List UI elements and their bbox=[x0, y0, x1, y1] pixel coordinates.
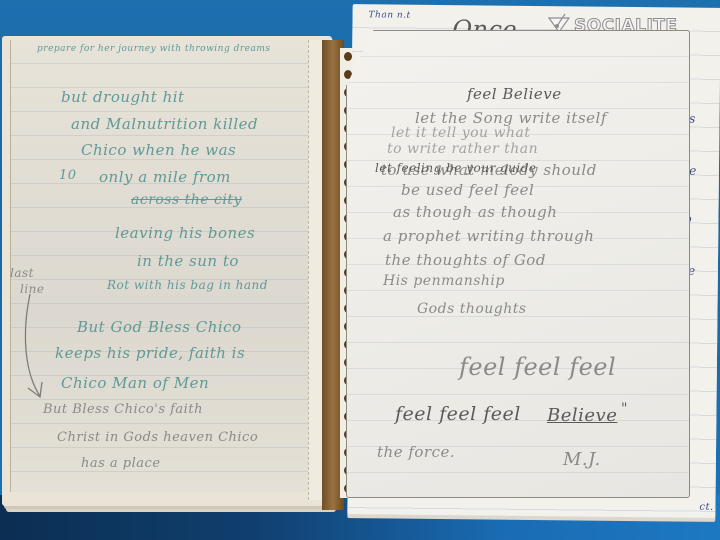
left-line: only a mile from bbox=[99, 168, 231, 186]
left-line: Chico when he was bbox=[81, 141, 236, 159]
right-lyric-page: feel Believe let the Song write itself l… bbox=[346, 30, 690, 498]
left-notebook-page: prepare for her journey with throwing dr… bbox=[10, 40, 313, 492]
feel-line: feel feel feel bbox=[395, 403, 521, 425]
signature: M.J. bbox=[563, 449, 601, 470]
lyric-line: a prophet writing through bbox=[383, 227, 594, 245]
left-line-number: 10 bbox=[59, 168, 77, 183]
left-line: across the city bbox=[131, 192, 242, 208]
feel-line: feel feel feel bbox=[459, 353, 616, 381]
page-title: feel Believe bbox=[467, 85, 562, 103]
lyric-line: let it tell you what bbox=[391, 125, 531, 141]
margin-note-last: last bbox=[10, 266, 34, 280]
left-line: keeps his pride, faith is bbox=[55, 344, 245, 362]
left-line-header: prepare for her journey with throwing dr… bbox=[37, 44, 270, 54]
left-line: leaving his bones bbox=[115, 224, 255, 242]
left-pencil-line: But Bless Chico's faith bbox=[43, 402, 203, 417]
left-pencil-line: has a place bbox=[81, 456, 161, 471]
left-line: Rot with his bag in hand bbox=[107, 278, 268, 292]
believe-quote: " bbox=[621, 401, 628, 417]
arrow-icon bbox=[18, 292, 48, 404]
left-line: and Malnutrition killed bbox=[71, 115, 258, 133]
left-pencil-line: Christ in Gods heaven Chico bbox=[57, 430, 258, 445]
lyric-line: His penmanship bbox=[383, 273, 505, 289]
left-line: in the sun to bbox=[137, 252, 239, 270]
inserted-line: let feeling be your guide bbox=[375, 161, 537, 175]
lyric-line: as though as though bbox=[393, 203, 557, 221]
top-note: Than n.t bbox=[369, 10, 411, 20]
lyric-line: to write rather than bbox=[387, 141, 538, 157]
lyric-line: be used feel feel bbox=[401, 181, 534, 199]
believe-word: Believe bbox=[547, 405, 617, 426]
force-line: the force. bbox=[377, 443, 455, 461]
lyric-line: the thoughts of God bbox=[385, 251, 546, 269]
left-line: Chico Man of Men bbox=[61, 374, 209, 392]
left-line: but drought hit bbox=[61, 88, 185, 106]
lyric-line: Gods thoughts bbox=[417, 301, 527, 317]
left-line: But God Bless Chico bbox=[77, 318, 242, 336]
left-page-torn-edge bbox=[308, 40, 323, 500]
edge-mark: ct. bbox=[699, 502, 713, 513]
